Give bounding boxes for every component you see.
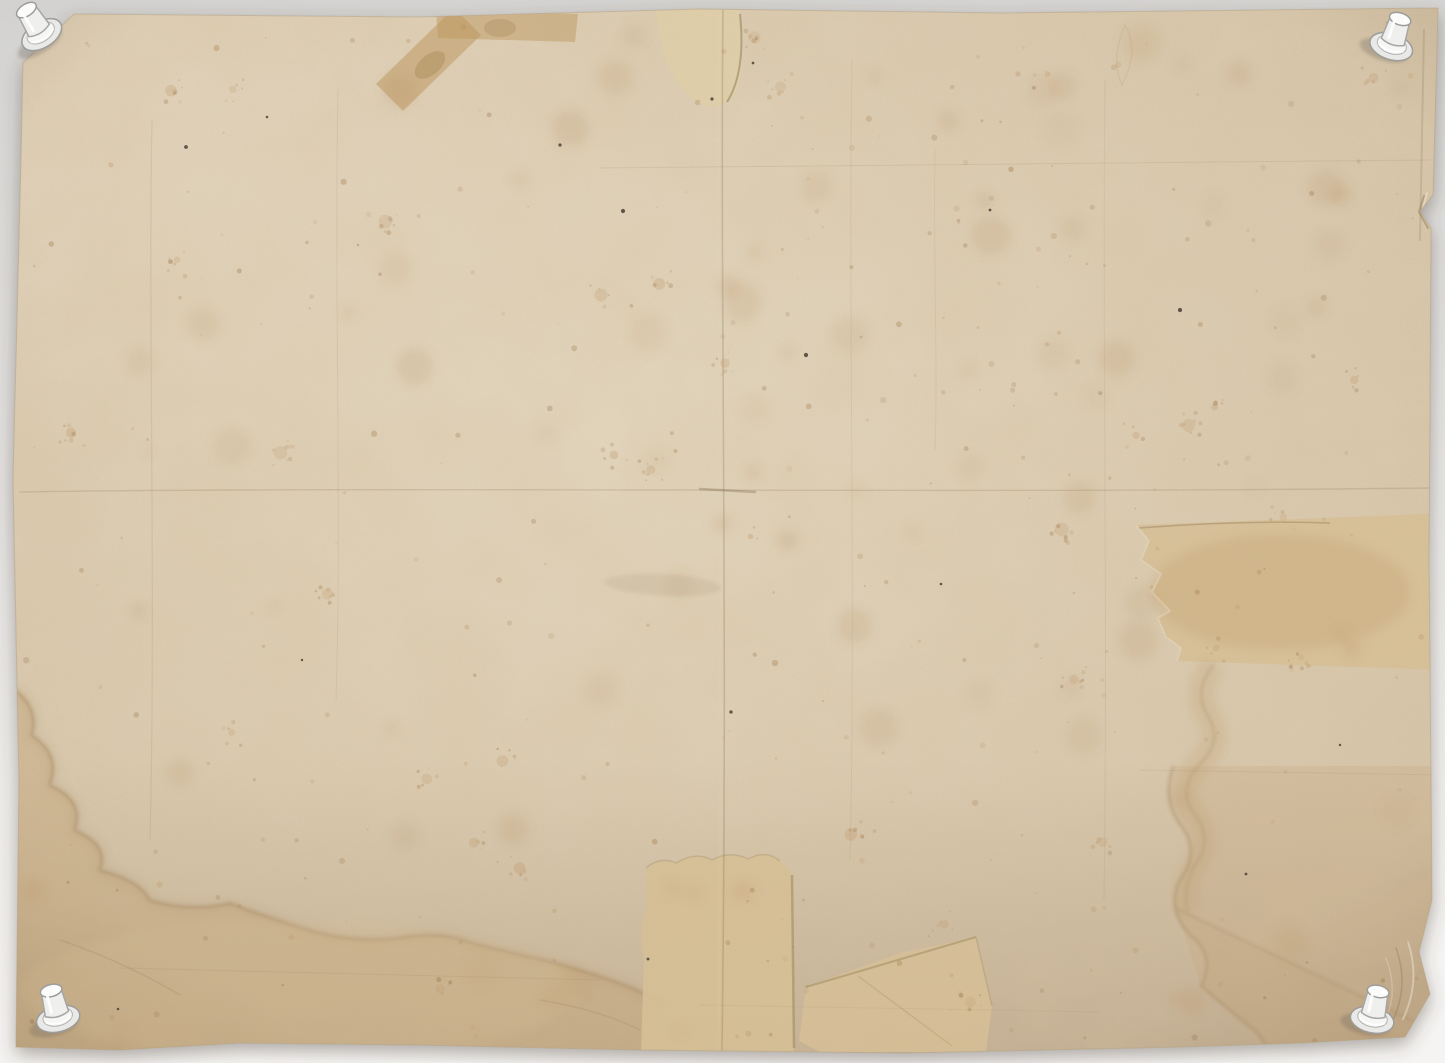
- paper-sheet: [0, 0, 1445, 1063]
- screenshot-root: [0, 0, 1445, 1063]
- grain-layer: [0, 0, 1445, 1063]
- photo-of-aged-paper: [0, 0, 1445, 1063]
